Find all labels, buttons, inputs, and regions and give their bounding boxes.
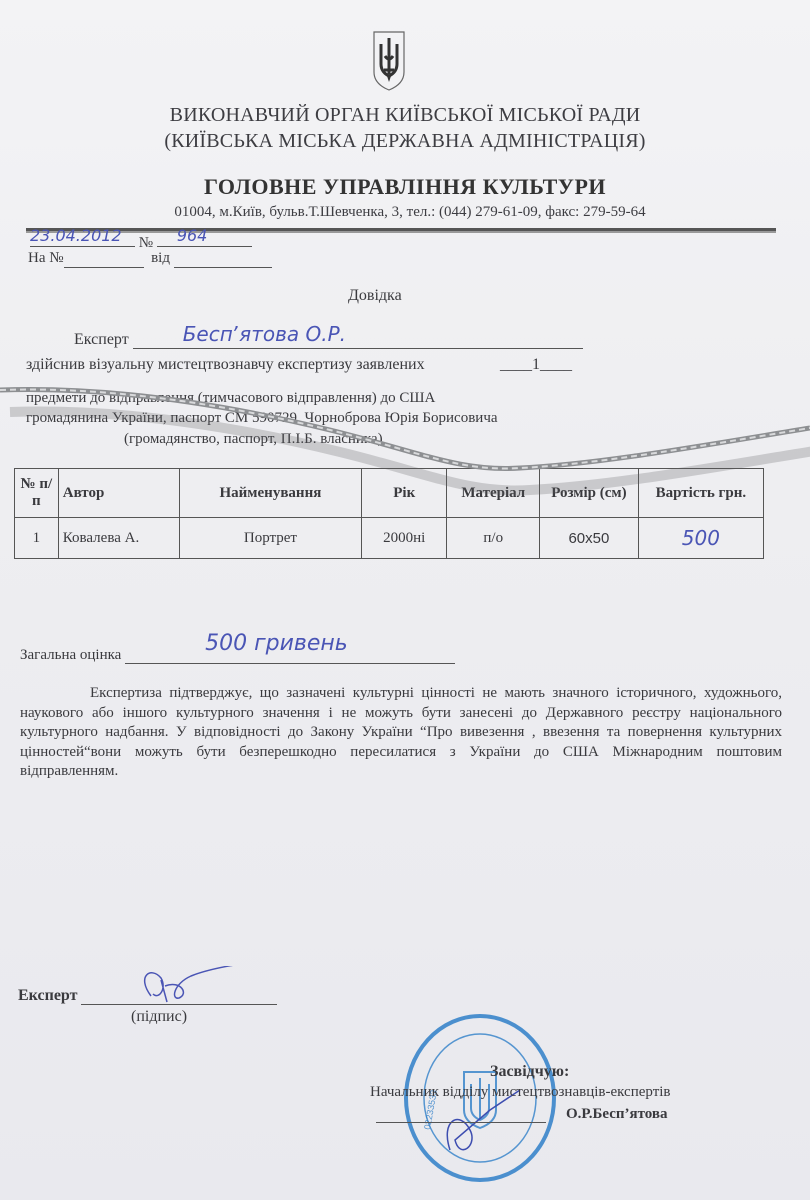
date-handwritten: 23.04.2012 xyxy=(30,226,122,245)
handwritten-signature-icon xyxy=(131,966,241,1006)
expert-name-handwritten: Беспʼятова О.Р. xyxy=(183,322,346,346)
cell-name: Портрет xyxy=(179,518,361,559)
document-title: Довідка xyxy=(348,287,402,305)
from-field xyxy=(174,250,272,268)
header-cost: Вартість грн. xyxy=(638,469,763,518)
header-year: Рік xyxy=(362,469,447,518)
expert-line: Експерт Беспʼятова О.Р. xyxy=(74,330,583,349)
total-line: Загальна оцінка 500 гривень xyxy=(20,645,455,664)
cell-year: 2000ні xyxy=(362,518,447,559)
reference-line: На № від xyxy=(28,250,272,268)
department-name: ГОЛОВНЕ УПРАВЛІННЯ КУЛЬТУРИ xyxy=(0,174,810,200)
owner-text: громадянина України, паспорт СМ 590729, … xyxy=(26,410,498,427)
total-handwritten: 500 гривень xyxy=(205,631,348,656)
header-material: Матеріал xyxy=(447,469,540,518)
item-count: ____1____ xyxy=(500,356,572,374)
expert-label: Експерт xyxy=(74,331,129,348)
cell-size: 60x50 xyxy=(540,518,639,559)
table-header-row: № п/п Автор Найменування Рік Матеріал Ро… xyxy=(15,469,764,518)
signature-caption: (підпис) xyxy=(131,1008,187,1026)
chief-signature-field xyxy=(376,1106,546,1123)
items-table: № п/п Автор Найменування Рік Матеріал Ро… xyxy=(14,468,764,559)
cell-material: п/о xyxy=(447,518,540,559)
chief-name: О.Р.Бесп’ятова xyxy=(566,1106,668,1122)
header-name: Найменування xyxy=(179,469,361,518)
expert-signature-field xyxy=(81,988,277,1005)
expert-signature-line: Експерт xyxy=(18,987,277,1005)
header-size: Розмір (см) xyxy=(540,469,639,518)
conclusion-text: Експертиза підтверджує, що зазначені кул… xyxy=(20,685,782,779)
registry-date-number: 23.04.2012 № 964 xyxy=(30,230,252,252)
trident-coat-of-arms-icon xyxy=(372,30,406,92)
from-label: від xyxy=(151,250,170,266)
conclusion-paragraph: Експертиза підтверджує, що зазначені кул… xyxy=(20,684,782,782)
item-count-value: 1 xyxy=(532,356,540,373)
ref-field xyxy=(64,250,144,268)
cell-cost: 500 xyxy=(638,518,763,559)
address-line: 01004, м.Київ, бульв.Т.Шевченка, 3, тел.… xyxy=(100,204,720,221)
number-label: № xyxy=(139,235,153,251)
total-field: 500 гривень xyxy=(125,645,455,664)
table-row: 1 Ковалева А. Портрет 2000ні п/о 60x50 5… xyxy=(15,518,764,559)
certify-label: Засвідчую: xyxy=(490,1063,569,1081)
date-field: 23.04.2012 xyxy=(30,230,135,247)
organization-subtitle: (КИЇВСЬКА МІСЬКА ДЕРЖАВНА АДМІНІСТРАЦІЯ) xyxy=(0,130,810,153)
purpose-text: предмети до відправлення (тимчасового ві… xyxy=(26,390,435,407)
number-field: 964 xyxy=(157,230,252,247)
cell-num: 1 xyxy=(15,518,59,559)
organization-name: ВИКОНАВЧИЙ ОРГАН КИЇВСЬКОЇ МІСЬКОЇ РАДИ xyxy=(0,104,810,127)
total-label: Загальна оцінка xyxy=(20,647,121,663)
header-num: № п/п xyxy=(15,469,59,518)
owner-caption: (громадянство, паспорт, П.І.Б. власника) xyxy=(124,431,383,448)
expert-name-field: Беспʼятова О.Р. xyxy=(133,330,583,349)
chief-signature-line: О.Р.Бесп’ятова xyxy=(376,1106,668,1123)
examination-text: здійснив візуальну мистецтвознавчу експе… xyxy=(26,356,425,374)
number-handwritten: 964 xyxy=(177,226,208,245)
ref-label: На № xyxy=(28,250,64,266)
expert-signature-label: Експерт xyxy=(18,987,77,1004)
header-author: Автор xyxy=(58,469,179,518)
chief-title: Начальник відділу мистецтвознавців-експе… xyxy=(370,1084,671,1101)
cell-author: Ковалева А. xyxy=(58,518,179,559)
